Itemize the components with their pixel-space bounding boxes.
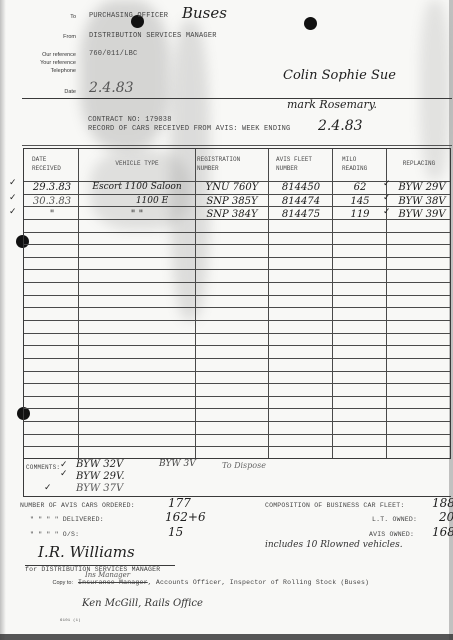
fleet-composition-label: COMPOSITION OF BUSINESS CAR FLEET: bbox=[265, 502, 404, 509]
copy-recipients: Insurance Manager, Accounts Officer, Ins… bbox=[78, 579, 369, 586]
date-label: Date bbox=[0, 89, 76, 95]
ordered-label: NUMBER OF AVIS CARS ORDERED: bbox=[20, 502, 135, 509]
your-reference-label: Your reference bbox=[0, 60, 76, 66]
column-divider bbox=[195, 149, 196, 458]
copy-handwritten-above: Ins Manager bbox=[85, 571, 130, 579]
row-line bbox=[24, 257, 450, 258]
col-header-fleet: AVIS FLEET NUMBER bbox=[270, 155, 336, 173]
checkmark-icon: ✓ bbox=[9, 193, 17, 203]
row-line bbox=[24, 371, 450, 372]
lt-owned-value: 20 bbox=[439, 510, 453, 524]
row-line bbox=[24, 358, 450, 359]
col-header-milo: MILO READING bbox=[334, 155, 392, 173]
record-title: RECORD OF CARS RECEIVED FROM AVIS: WEEK … bbox=[88, 125, 290, 133]
row-line bbox=[24, 345, 450, 346]
checkmark-icon: ✓ bbox=[9, 178, 17, 188]
os-value: 15 bbox=[168, 525, 183, 539]
cell-vehicle: " " bbox=[80, 209, 194, 220]
checkmark-icon: ✓ bbox=[383, 207, 391, 217]
row-line bbox=[24, 269, 450, 270]
cell-fleet: 814475 bbox=[270, 209, 332, 220]
cell-vehicle: 1100 E bbox=[80, 196, 194, 206]
our-reference-label: Our reference bbox=[0, 52, 76, 58]
column-divider bbox=[268, 149, 269, 458]
row-line bbox=[24, 396, 450, 397]
copy-recipient-list: , Accounts Officer, Inspector of Rolling… bbox=[148, 579, 369, 586]
to-label: To bbox=[0, 14, 76, 20]
row-line bbox=[24, 408, 450, 409]
scan-edge bbox=[0, 634, 453, 640]
comment-line-1: BYW 32V bbox=[76, 459, 123, 470]
week-ending-value: 2.4.83 bbox=[318, 118, 363, 134]
row-line bbox=[24, 232, 450, 233]
row-line bbox=[24, 307, 450, 308]
copy-to-label: Copy to: bbox=[0, 580, 73, 586]
header-divider bbox=[22, 98, 452, 99]
row-line bbox=[24, 446, 450, 447]
cell-replacing: BYW 39V bbox=[392, 209, 452, 220]
row-line bbox=[24, 295, 450, 296]
cell-replacing: BYW 29V bbox=[392, 182, 452, 193]
avis-owned-value: 168 bbox=[432, 525, 453, 539]
punch-hole bbox=[304, 17, 317, 30]
delivered-label: " " " " DELIVERED: bbox=[30, 516, 104, 523]
row-line bbox=[24, 421, 450, 422]
telephone-label: Telephone bbox=[0, 68, 76, 74]
copy-struck-recipient: Insurance Manager bbox=[78, 579, 148, 586]
fleet-note: includes 10 Rlowned vehicles. bbox=[265, 540, 403, 550]
to-value: PURCHASING OFFICER bbox=[89, 12, 168, 20]
col-header-registration: REGISTRATION NUMBER bbox=[197, 155, 267, 173]
table-top-rule bbox=[22, 145, 452, 146]
date-value: 2.4.83 bbox=[89, 80, 134, 96]
column-divider bbox=[332, 149, 333, 458]
scan-edge bbox=[0, 0, 6, 640]
cars-received-table: DATE RECEIVED VEHICLE TYPE REGISTRATION … bbox=[23, 148, 451, 459]
checkmark-icon: ✓ bbox=[383, 179, 391, 189]
checkmark-icon: ✓ bbox=[383, 193, 391, 203]
from-label: From bbox=[0, 34, 76, 40]
comments-label: COMMENTS: bbox=[26, 464, 60, 471]
handwritten-names-2: mark Rosemary. bbox=[287, 98, 377, 111]
comment-extra: BYW 3V bbox=[159, 459, 196, 469]
row-line bbox=[24, 383, 450, 384]
col-header-date: DATE RECEIVED bbox=[26, 155, 82, 173]
checkmark-icon: ✓ bbox=[9, 207, 17, 217]
row-line bbox=[24, 244, 450, 245]
cell-registration: SNP 384Y bbox=[197, 209, 267, 220]
cell-registration: YNU 760Y bbox=[197, 182, 267, 193]
cell-milo: 145 bbox=[334, 196, 386, 207]
fleet-composition-value: 188 bbox=[432, 496, 453, 510]
checkmark-icon: ✓ bbox=[44, 483, 52, 493]
cell-milo: 119 bbox=[334, 209, 386, 220]
cell-date: " bbox=[26, 209, 78, 220]
row-line bbox=[24, 333, 450, 334]
handwritten-names-1: Colin Sophie Sue bbox=[283, 68, 396, 83]
lt-owned-label: L.T. OWNED: bbox=[372, 516, 417, 523]
col-header-vehicle: VEHICLE TYPE bbox=[80, 159, 194, 168]
copy-handwritten-below: Ken McGill, Rails Office bbox=[82, 598, 203, 609]
to-handwritten: Buses bbox=[182, 4, 227, 22]
comment-line-3: BYW 37V bbox=[76, 483, 123, 494]
os-label: " " " " O/S: bbox=[30, 531, 79, 538]
avis-owned-label: AVIS OWNED: bbox=[369, 531, 414, 538]
from-value: DISTRIBUTION SERVICES MANAGER bbox=[89, 32, 217, 40]
col-header-replacing: REPLACING bbox=[388, 159, 450, 168]
comment-line-2: BYW 29V. bbox=[76, 471, 125, 482]
row-line bbox=[24, 282, 450, 283]
comment-note: To Dispose bbox=[222, 461, 266, 470]
delivered-value: 162+6 bbox=[165, 510, 206, 524]
contract-number: CONTRACT NO: 179038 bbox=[88, 116, 172, 124]
signature: I.R. Williams bbox=[38, 543, 135, 561]
form-code: 6101 (1) bbox=[60, 619, 81, 623]
our-reference-value: 760/011/LBC bbox=[89, 50, 137, 58]
cell-registration: SNP 385Y bbox=[197, 196, 267, 207]
cell-date: 30.3.83 bbox=[26, 196, 78, 207]
cell-replacing: BYW 38V bbox=[392, 196, 452, 207]
cell-fleet: 814474 bbox=[270, 196, 332, 207]
column-divider bbox=[78, 149, 79, 458]
comments-box: COMMENTS: BYW 32V BYW 29V. BYW 37V BYW 3… bbox=[23, 459, 451, 497]
row-line bbox=[24, 320, 450, 321]
scanned-memo: To PURCHASING OFFICER Buses From DISTRIB… bbox=[0, 0, 453, 640]
cell-milo: 62 bbox=[334, 182, 386, 193]
checkmark-icon: ✓ bbox=[60, 469, 68, 479]
row-line bbox=[24, 434, 450, 435]
cell-vehicle: Escort 1100 Saloon bbox=[80, 182, 194, 192]
cell-fleet: 814450 bbox=[270, 182, 332, 193]
cell-date: 29.3.83 bbox=[26, 182, 78, 193]
ordered-value: 177 bbox=[168, 496, 191, 510]
